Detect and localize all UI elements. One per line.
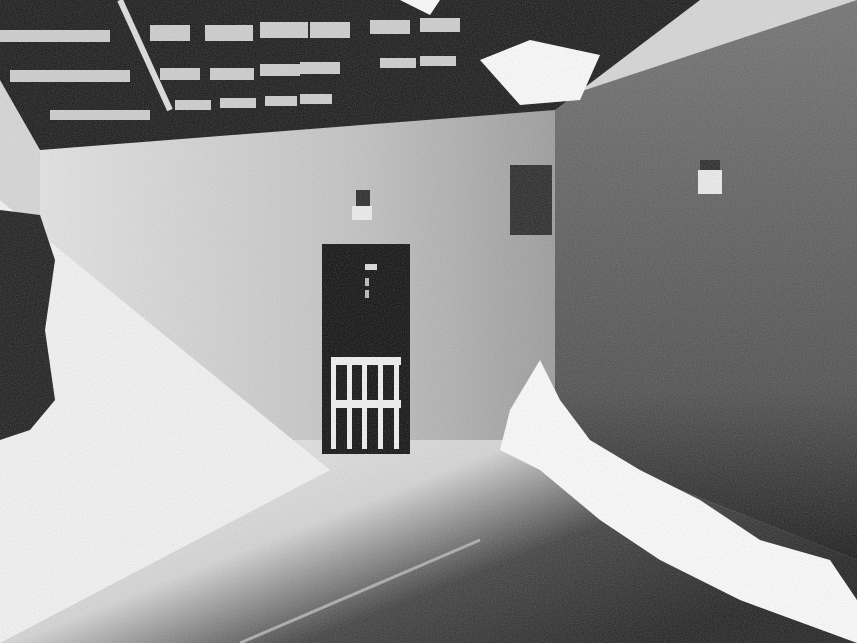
scene-drawing bbox=[0, 0, 857, 643]
photo-scene: Dithered black-and-white photograph of a… bbox=[0, 0, 857, 643]
